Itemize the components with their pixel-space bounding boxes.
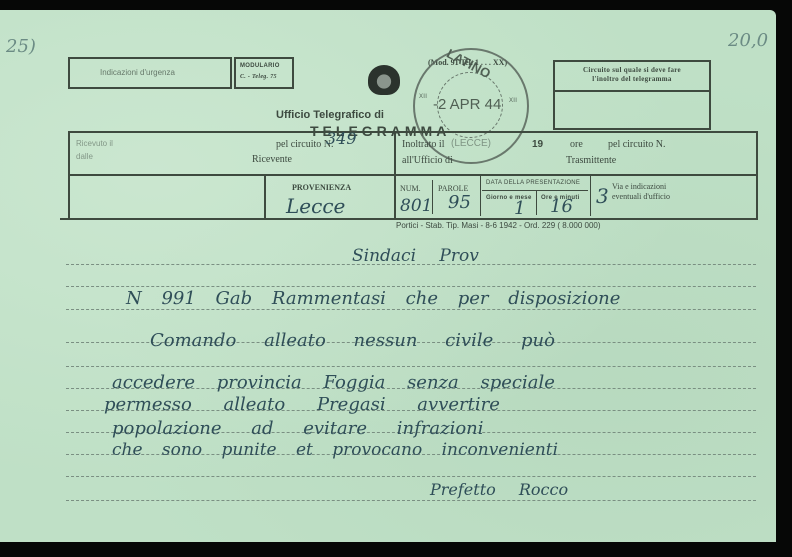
trasmittente-label: Trasmittente [566,155,616,166]
parole-value[interactable]: 95 [448,192,471,213]
ricevuto-label: Ricevuto il [76,139,113,148]
ufficio-label: all'Ufficio di [402,155,453,166]
inoltrato-label: Inoltrato il [402,139,445,150]
message-line-6: che sono punite et provocano inconvenien… [112,440,558,460]
provenienza-label: PROVENIENZA [292,183,351,192]
giorno-ore-divider [536,191,537,215]
royal-crest-icon [368,65,400,95]
ruled-line [66,309,756,310]
form-left-border [68,131,70,218]
via-label-1: Via e indicazioni [612,182,666,191]
modulario-form: C. - Teleg. 75 [240,74,277,80]
circuit-box-label-2: l'inoltro del telegramma [555,75,709,83]
provenienza-value[interactable]: Lecce [286,194,345,218]
circuit-box-label-1: Circuito sul quale si deve fare [555,66,709,74]
dalle-label: dalle [76,152,93,161]
telegram-document: 25) 20,0 Indicazioni d'urgenza MODULARIO… [0,10,776,542]
via-divider [590,176,591,216]
ore-label: ore [570,139,583,150]
margin-note-left: 25) [6,36,36,57]
form-top-border [68,131,758,133]
data-presentazione-divider [482,190,588,191]
ruled-line [66,476,756,477]
year-label: 19 [532,139,543,150]
ruled-line [66,500,756,501]
message-line-3: accedere provincia Foggia senza speciale [112,372,555,393]
postmark-bottom: (LECCE) [451,138,491,149]
data-presentazione-label: DATA DELLA PRESENTAZIONE [486,180,580,186]
office-label: Ufficio Telegrafico di [276,109,384,121]
message-line-1: N 991 Gab Rammentasi che per disposizion… [126,288,620,309]
pel-circuito-label: pel circuito N. [276,139,333,150]
form-center-divider [394,131,396,218]
pel-circuito-value[interactable]: 349 [326,129,357,148]
data-presentazione-left-divider [480,176,481,216]
postmark-side-left: XII [419,94,427,100]
ruled-line [66,366,756,367]
message-line-4: permesso alleato Pregasi avvertire [104,394,500,415]
modulario-box: MODULARIO C. - Teleg. 75 [234,57,294,89]
via-label-2: eventuali d'ufficio [612,192,670,201]
printer-line: Portici - Stab. Tip. Masi - 8-6 1942 - O… [396,221,601,230]
indicazioni-label: Indicazioni d'urgenza [100,68,175,77]
num-label: NUM. [400,184,421,193]
message-line-5: popolazione ad evitare infrazioni [112,418,484,439]
via-value[interactable]: 3 [596,184,609,208]
giorno-mese-value[interactable]: 1 [514,198,525,219]
num-parole-divider [432,180,433,214]
ricevente-label: Ricevente [252,154,292,165]
message-line-2: Comando alleato nessun civile può [150,330,555,351]
provenienza-divider [264,174,266,218]
message-signature: Prefetto Rocco [430,480,568,499]
ruled-line [66,286,756,287]
form-bottom-border [60,218,758,220]
ore-minuti-value[interactable]: 16 [550,196,573,217]
num-value[interactable]: 801 [400,196,432,216]
margin-note-right: 20,0 [728,30,768,51]
postmark-side-right: XII [509,98,517,104]
circuit-box-divider [555,90,709,92]
circuit-box: Circuito sul quale si deve fare l'inoltr… [553,60,711,130]
message-addressee: Sindaci Prov [352,246,479,266]
pel-circuito2-label: pel circuito N. [608,139,665,150]
postmark-date: -2 APR 44 [433,96,501,113]
form-right-border [756,131,758,218]
form-mid-border [68,174,758,176]
modulario-label: MODULARIO [240,63,280,69]
indicazioni-box: Indicazioni d'urgenza [68,57,232,89]
